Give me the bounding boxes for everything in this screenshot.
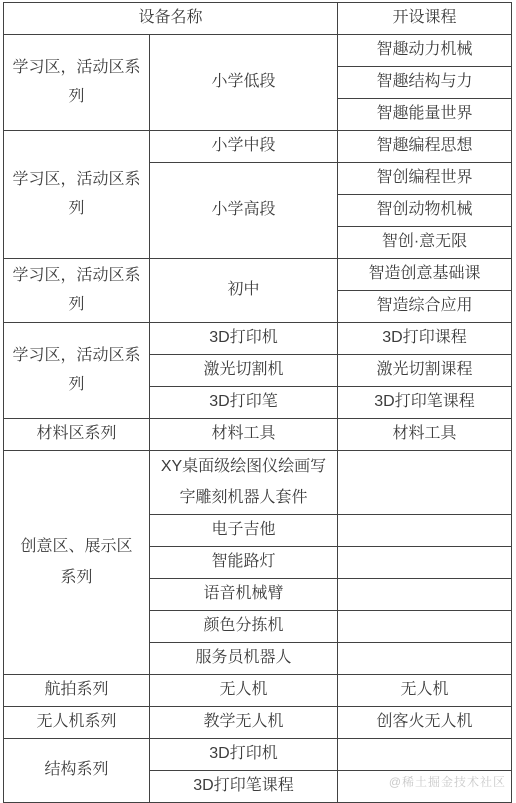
course-cell: 智创动物机械: [338, 195, 512, 227]
table-row: 结构系列3D打印机: [4, 739, 512, 771]
device-cell: 3D打印机: [150, 739, 338, 771]
course-cell: [338, 515, 512, 547]
course-cell: [338, 547, 512, 579]
course-cell: 智创·意无限: [338, 227, 512, 259]
course-cell: 3D打印笔课程: [338, 387, 512, 419]
zone-cell: 创意区、展示区系列: [4, 451, 150, 675]
table-row: 学习区，活动区系列小学中段智趣编程思想: [4, 131, 512, 163]
device-cell: 激光切割机: [150, 355, 338, 387]
course-cell: 智趣动力机械: [338, 35, 512, 67]
course-cell: [338, 579, 512, 611]
equipment-course-table: 设备名称开设课程学习区，活动区系列小学低段智趣动力机械智趣结构与力智趣能量世界学…: [3, 2, 512, 803]
header-cell: 开设课程: [338, 3, 512, 35]
course-cell: [338, 739, 512, 771]
device-cell: 语音机械臂: [150, 579, 338, 611]
device-cell: 电子吉他: [150, 515, 338, 547]
device-cell: XY桌面级绘图仪绘画写字雕刻机器人套件: [150, 451, 338, 515]
table-row: 学习区，活动区系列3D打印机3D打印课程: [4, 323, 512, 355]
zone-cell: 学习区，活动区系列: [4, 131, 150, 259]
device-cell: 3D打印笔课程: [150, 771, 338, 803]
zone-cell: 结构系列: [4, 739, 150, 803]
device-cell: 颜色分拣机: [150, 611, 338, 643]
zone-cell: 材料区系列: [4, 419, 150, 451]
course-cell: 3D打印课程: [338, 323, 512, 355]
device-cell: 小学中段: [150, 131, 338, 163]
device-cell: 小学高段: [150, 163, 338, 259]
device-cell: 服务员机器人: [150, 643, 338, 675]
course-cell: 智造创意基础课: [338, 259, 512, 291]
course-cell: 材料工具: [338, 419, 512, 451]
table-row: 设备名称开设课程: [4, 3, 512, 35]
table-row: 学习区，活动区系列小学低段智趣动力机械: [4, 35, 512, 67]
table-row: 材料区系列材料工具材料工具: [4, 419, 512, 451]
zone-cell: 学习区，活动区系列: [4, 35, 150, 131]
table-row: 航拍系列无人机无人机: [4, 675, 512, 707]
table-row: 学习区，活动区系列初中智造创意基础课: [4, 259, 512, 291]
zone-cell: 航拍系列: [4, 675, 150, 707]
table-row: 创意区、展示区系列XY桌面级绘图仪绘画写字雕刻机器人套件: [4, 451, 512, 515]
course-cell: 无人机: [338, 675, 512, 707]
course-cell: [338, 451, 512, 515]
course-cell: 智造综合应用: [338, 291, 512, 323]
device-cell: 材料工具: [150, 419, 338, 451]
course-cell: 激光切割课程: [338, 355, 512, 387]
page: 设备名称开设课程学习区，活动区系列小学低段智趣动力机械智趣结构与力智趣能量世界学…: [0, 0, 516, 803]
zone-cell: 学习区，活动区系列: [4, 259, 150, 323]
course-cell: [338, 771, 512, 803]
device-cell: 教学无人机: [150, 707, 338, 739]
course-cell: [338, 611, 512, 643]
device-cell: 初中: [150, 259, 338, 323]
course-cell: 创客火无人机: [338, 707, 512, 739]
zone-cell: 学习区，活动区系列: [4, 323, 150, 419]
header-cell: 设备名称: [4, 3, 338, 35]
device-cell: 小学低段: [150, 35, 338, 131]
course-cell: [338, 643, 512, 675]
table-row: 无人机系列教学无人机创客火无人机: [4, 707, 512, 739]
zone-cell: 无人机系列: [4, 707, 150, 739]
device-cell: 3D打印机: [150, 323, 338, 355]
course-cell: 智趣结构与力: [338, 67, 512, 99]
table-body: 设备名称开设课程学习区，活动区系列小学低段智趣动力机械智趣结构与力智趣能量世界学…: [4, 3, 512, 803]
device-cell: 智能路灯: [150, 547, 338, 579]
device-cell: 3D打印笔: [150, 387, 338, 419]
course-cell: 智创编程世界: [338, 163, 512, 195]
device-cell: 无人机: [150, 675, 338, 707]
course-cell: 智趣编程思想: [338, 131, 512, 163]
course-cell: 智趣能量世界: [338, 99, 512, 131]
